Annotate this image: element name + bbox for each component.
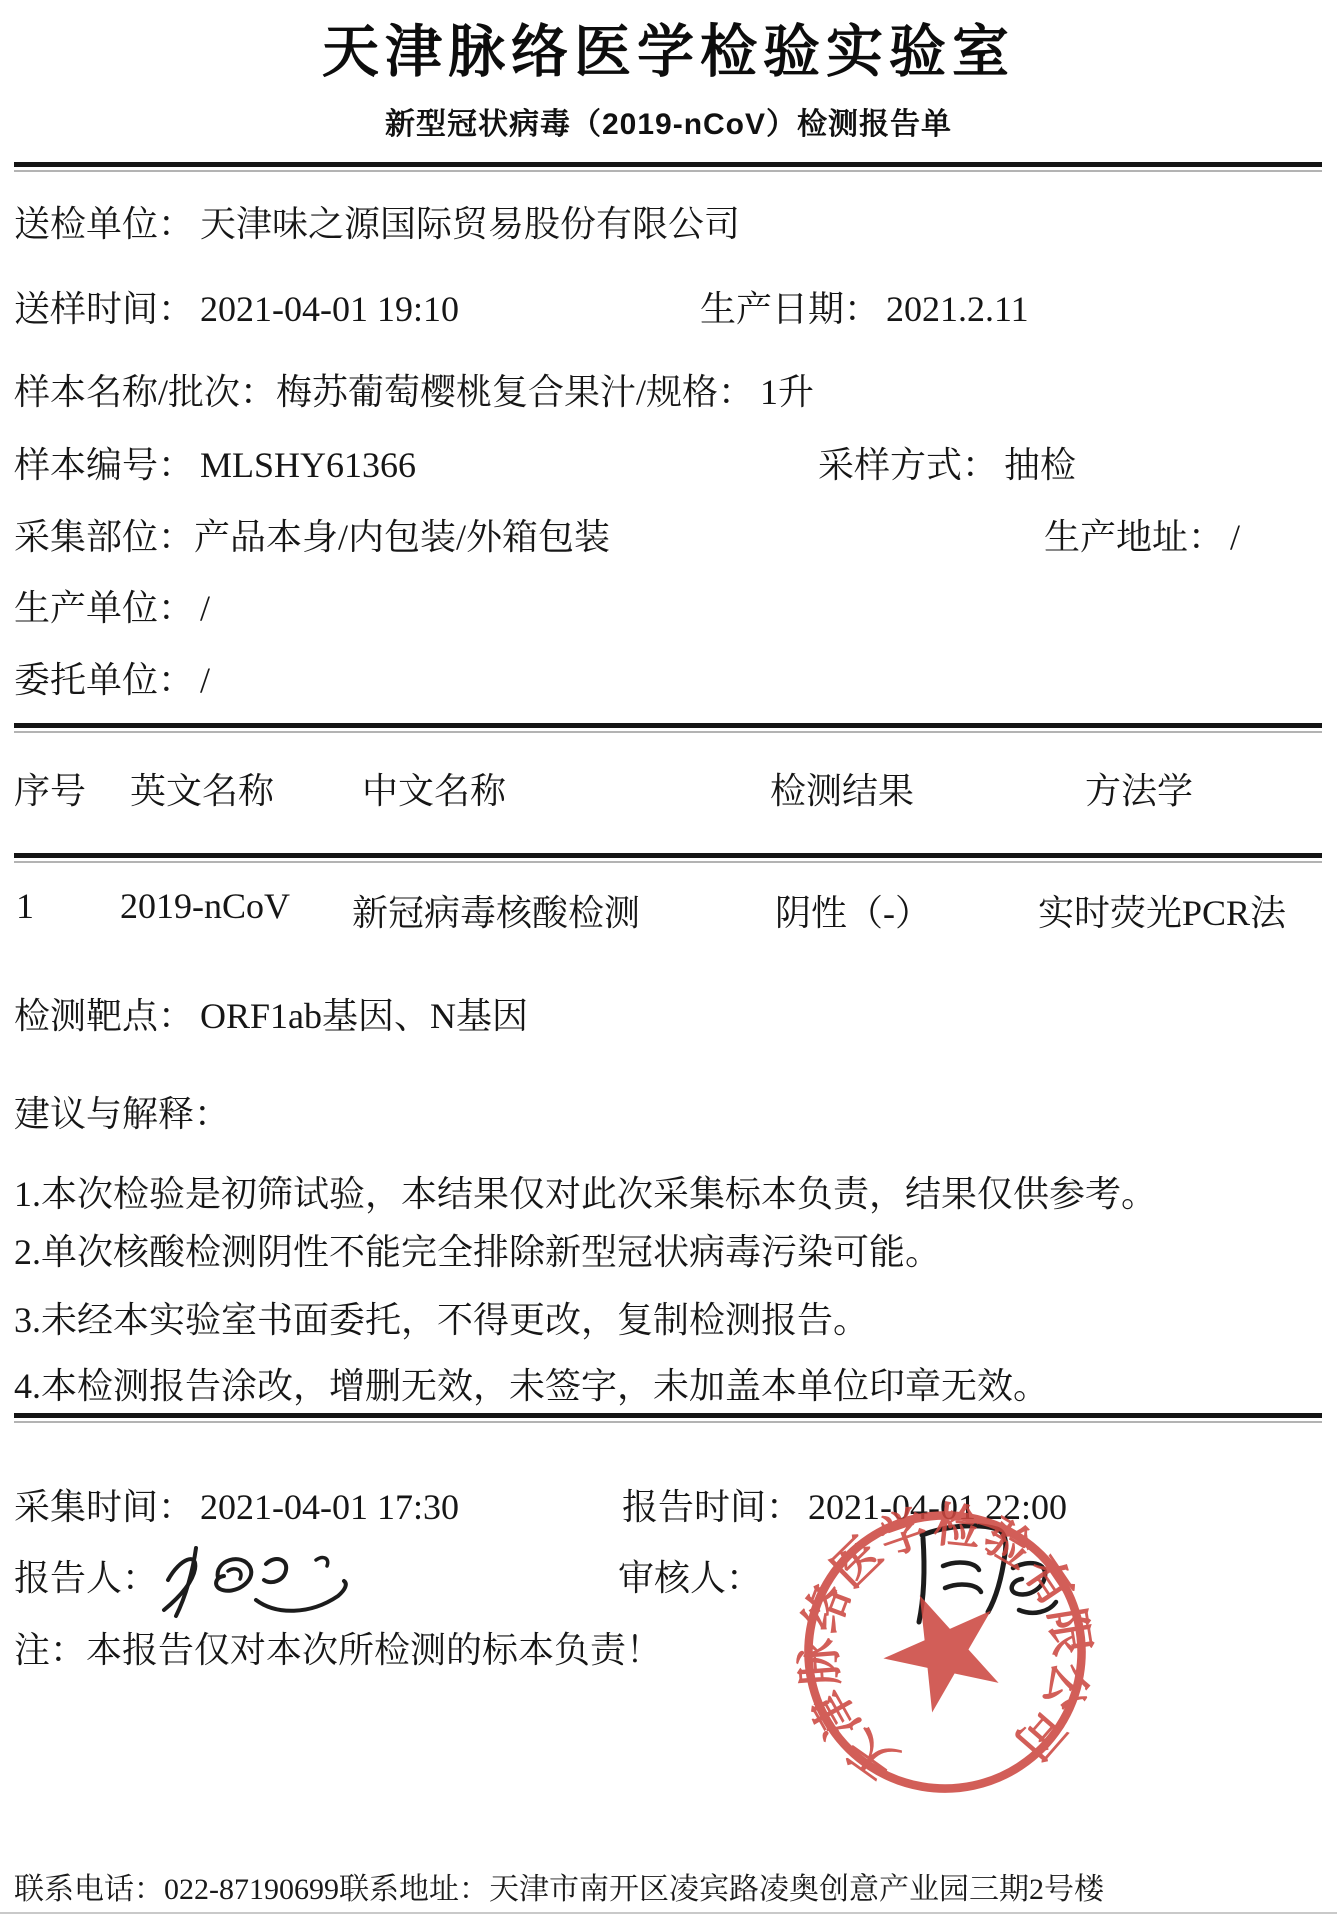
table-row: 1 2019-nCoV 新冠病毒核酸检测 阴性（-） 实时荧光PCR法 bbox=[0, 885, 1337, 931]
reporter-signature-handwriting bbox=[148, 1536, 378, 1636]
company-seal: 天津脉络医学检验有限公司 bbox=[755, 1462, 1135, 1842]
advice-item-3: 3.未经本实验室书面委托，不得更改，复制检测报告。 bbox=[14, 1292, 1317, 1343]
production-address-value: / bbox=[1230, 517, 1240, 557]
divider-footer bbox=[14, 1413, 1322, 1418]
report-subtitle: 新型冠状病毒（2019-nCoV）检测报告单 bbox=[0, 99, 1337, 143]
collection-part-value: 产品本身/内包装/外箱包装 bbox=[194, 517, 610, 557]
entrusting-unit-label: 委托单位： bbox=[14, 660, 194, 700]
cell-english: 2019-nCoV bbox=[120, 885, 290, 927]
col-header-result: 检测结果 bbox=[770, 763, 914, 814]
row-advice-title: 建议与解释： bbox=[0, 1086, 1337, 1137]
row-note: 注：本报告仅对本次所检测的标本负责！ bbox=[0, 1622, 1337, 1673]
collect-time-value: 2021-04-01 17:30 bbox=[200, 1487, 459, 1527]
submitting-unit-value: 天津味之源国际贸易股份有限公司 bbox=[200, 204, 740, 244]
production-date-label: 生产日期： bbox=[700, 289, 880, 329]
submitting-unit-label: 送检单位： bbox=[14, 204, 194, 244]
sample-spec-value: 1升 bbox=[760, 372, 814, 412]
cell-result: 阴性（-） bbox=[775, 885, 931, 936]
row-times: 采集时间：2021-04-01 17:30 报告时间：2021-04-01 22… bbox=[0, 1479, 1337, 1530]
production-address-label: 生产地址： bbox=[1044, 517, 1224, 557]
seal-star bbox=[872, 1582, 1009, 1720]
advice-item-1: 1.本次检验是初筛试验，本结果仅对此次采集标本负责，结果仅供参考。 bbox=[14, 1166, 1317, 1217]
row-target: 检测靶点：ORF1ab基因、N基因 bbox=[0, 988, 1337, 1039]
target-label: 检测靶点： bbox=[14, 996, 194, 1036]
sample-no-value: MLSHY61366 bbox=[200, 445, 416, 485]
row-submitting-unit: 送检单位：天津味之源国际贸易股份有限公司 bbox=[0, 196, 1337, 247]
row-sample-name: 样本名称/批次：梅苏葡萄樱桃复合果汁/规格：1升 bbox=[0, 364, 1337, 415]
sampling-method: 采样方式：抽检 bbox=[818, 437, 1076, 488]
reviewer-label: 审核人： bbox=[618, 1550, 762, 1601]
divider-header bbox=[14, 162, 1322, 167]
col-header-index: 序号 bbox=[14, 763, 86, 814]
sample-sent-time-value: 2021-04-01 19:10 bbox=[200, 289, 459, 329]
target-value: ORF1ab基因、N基因 bbox=[200, 996, 528, 1036]
col-header-chinese: 中文名称 bbox=[362, 763, 506, 814]
advice-title: 建议与解释： bbox=[14, 1094, 230, 1134]
row-sample-no: 样本编号：MLSHY61366 采样方式：抽检 bbox=[0, 437, 1337, 488]
col-header-english: 英文名称 bbox=[130, 763, 274, 814]
table-header-row: 序号 英文名称 中文名称 检测结果 方法学 bbox=[0, 763, 1337, 809]
cell-index: 1 bbox=[16, 885, 34, 927]
cell-method: 实时荧光PCR法 bbox=[1038, 885, 1286, 936]
entrusting-unit-value: / bbox=[200, 660, 210, 700]
col-header-method: 方法学 bbox=[1085, 763, 1193, 814]
sample-sent-time-label: 送样时间： bbox=[14, 289, 194, 329]
sample-name-value: 梅苏葡萄樱桃复合果汁/规格： bbox=[276, 372, 754, 412]
row-production-unit: 生产单位：/ bbox=[0, 580, 1337, 631]
advice-item-2: 2.单次核酸检测阴性不能完全排除新型冠状病毒污染可能。 bbox=[14, 1224, 1317, 1275]
production-date-value: 2021.2.11 bbox=[886, 289, 1029, 329]
row-entrusting-unit: 委托单位：/ bbox=[0, 652, 1337, 703]
page-title: 天津脉络医学检验实验室 bbox=[0, 6, 1337, 88]
sampling-method-value: 抽检 bbox=[1004, 445, 1076, 485]
collection-part-label: 采集部位： bbox=[14, 517, 194, 557]
divider-bottom bbox=[0, 1912, 1337, 1914]
note-text: 注：本报告仅对本次所检测的标本负责！ bbox=[14, 1630, 662, 1670]
contact-line: 联系电话：022-87190699联系地址：天津市南开区凌宾路凌奥创意产业园三期… bbox=[14, 1864, 1104, 1908]
collect-time-label: 采集时间： bbox=[14, 1487, 194, 1527]
production-address: 生产地址：/ bbox=[1044, 509, 1240, 560]
production-unit-label: 生产单位： bbox=[14, 588, 194, 628]
divider-table-top bbox=[14, 723, 1322, 728]
sample-name-label: 样本名称/批次： bbox=[14, 372, 276, 412]
divider-table-mid bbox=[14, 853, 1322, 858]
reporter-label: 报告人： bbox=[14, 1558, 158, 1598]
sample-no-label: 样本编号： bbox=[14, 445, 194, 485]
cell-chinese: 新冠病毒核酸检测 bbox=[352, 885, 640, 936]
sampling-method-label: 采样方式： bbox=[818, 445, 998, 485]
production-unit-value: / bbox=[200, 588, 210, 628]
advice-item-4: 4.本检测报告涂改，增删无效，未签字，未加盖本单位印章无效。 bbox=[14, 1358, 1317, 1409]
production-date: 生产日期：2021.2.11 bbox=[700, 281, 1029, 332]
test-report-page: 天津脉络医学检验实验室 新型冠状病毒（2019-nCoV）检测报告单 送检单位：… bbox=[0, 0, 1337, 1920]
row-sent-time: 送样时间：2021-04-01 19:10 生产日期：2021.2.11 bbox=[0, 281, 1337, 332]
row-collection-part: 采集部位：产品本身/内包装/外箱包装 生产地址：/ bbox=[0, 509, 1337, 560]
report-time-label: 报告时间： bbox=[622, 1487, 802, 1527]
